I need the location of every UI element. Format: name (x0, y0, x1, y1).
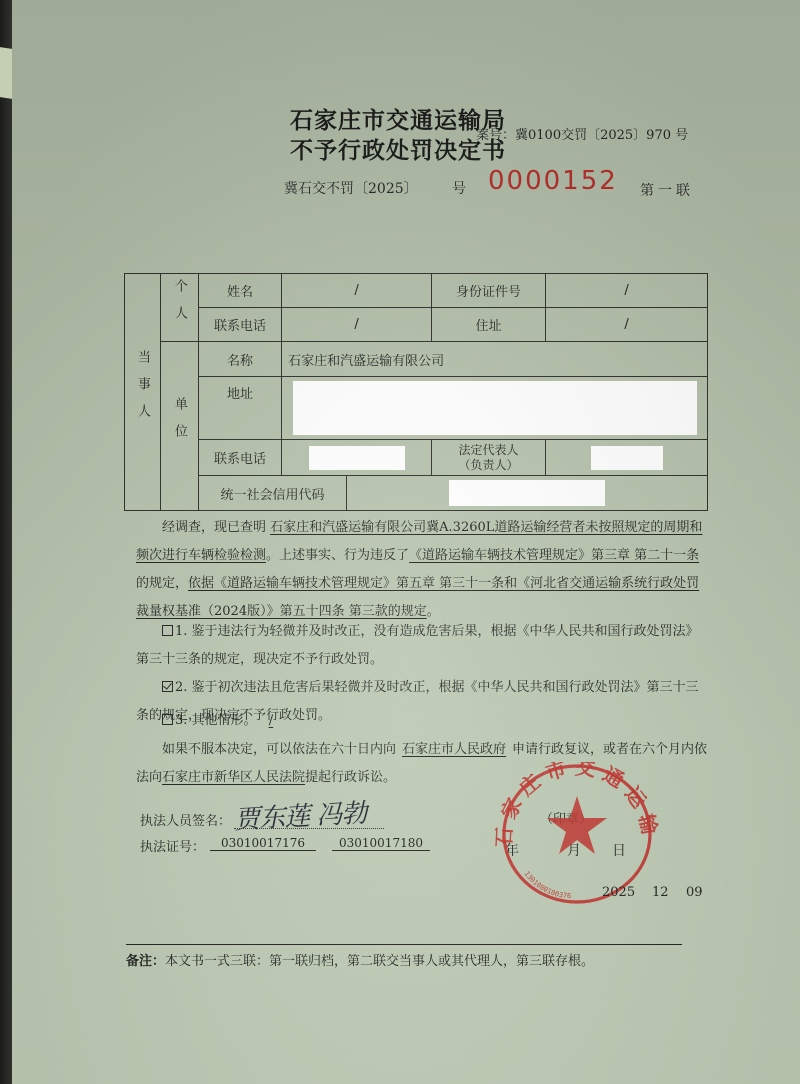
decision-option-1: 1. 鉴于违法行为轻微并及时改正，没有造成危害后果，根据《中华人民共和国行政处罚… (136, 618, 710, 674)
cert-label: 执法证号： (140, 836, 205, 855)
date-year: 2025 (602, 885, 635, 900)
decision-option-3: 3. 其他情形。 / (136, 707, 710, 735)
underlying-sheet-corner (0, 47, 12, 99)
date-day: 09 (686, 885, 703, 900)
document-number-suffix: 号 (452, 178, 466, 198)
option-1-checkbox (162, 625, 173, 636)
credit-code-label: 统一社会信用代码 (198, 476, 346, 511)
case-number: 案号：冀0100交罚〔2025〕970 号 (476, 124, 688, 143)
signature-line (234, 828, 384, 829)
individual-phone-label: 联系电话 (198, 308, 281, 342)
redacted-address (293, 381, 697, 435)
document-page: 石家庄市交通运输局 不予行政处罚决定书 案号：冀0100交罚〔2025〕970 … (12, 0, 800, 1084)
handwritten-signature: 贾东莲 冯勃 (233, 793, 367, 837)
signature-label: 执法人员签名： (140, 810, 231, 829)
entity-name-label: 名称 (198, 342, 281, 377)
footer-divider (126, 944, 682, 945)
entity-address-value (282, 377, 708, 440)
redacted-phone (309, 446, 405, 470)
official-seal-stamp: 石 家 庄 市 交 通 运 输 局 1301080100376 (492, 762, 662, 904)
violated-regulation: 《道路运输车辆技术管理规定》第三章 第二十一条 (409, 548, 699, 563)
date-month: 12 (652, 885, 669, 900)
name-value: / (282, 274, 432, 308)
legal-basis: 依据《道路运输车辆技术管理规定》第五章 第三十一条和《河北省交通运输系统行政处罚… (136, 576, 699, 619)
serial-number: 0000152 (488, 166, 618, 196)
individual-phone-value: / (282, 308, 432, 342)
redacted-credit-code (449, 480, 605, 506)
individual-label-cell: 个人 (160, 274, 198, 342)
option-3-checkbox (162, 714, 173, 725)
copy-label: 第一联 (640, 180, 694, 200)
id-label: 身份证件号 (432, 274, 546, 308)
agency-title: 石家庄市交通运输局 (290, 106, 506, 136)
appeal-court: 石家庄市新华区人民法院 (162, 770, 305, 785)
entity-name-value: 石家庄和汽盛运输有限公司 (282, 342, 708, 377)
legal-rep-value (546, 440, 708, 476)
id-value: / (546, 274, 708, 308)
footer-note: 备注：本文书一式三联：第一联归档，第二联交当事人或其代理人，第三联存根。 (126, 950, 594, 969)
document-title: 不予行政处罚决定书 (290, 136, 506, 166)
entity-address-label: 地址 (198, 377, 281, 440)
findings-paragraph: 经调查，现已查明 石家庄和汽盛运输有限公司冀A.3260L道路运输经营者未按照规… (136, 514, 710, 626)
party-info-table: 当事人 个人 姓名 / 身份证件号 / 联系电话 / 住址 / 单位 名称 石家… (124, 273, 708, 511)
entity-phone-value (282, 440, 432, 476)
individual-address-value: / (546, 308, 708, 342)
credit-code-value (347, 476, 708, 511)
party-label-cell: 当事人 (125, 274, 161, 511)
appeal-government: 石家庄市人民政府 (396, 742, 512, 757)
legal-rep-label: 法定代表人 （负责人） (432, 440, 546, 476)
entity-label-cell: 单位 (160, 342, 198, 511)
option-2-checkbox (162, 681, 173, 692)
document-number-prefix: 冀石交不罚〔2025〕 (284, 178, 418, 198)
entity-phone-label: 联系电话 (198, 440, 281, 476)
cert-number-1: 03010017176 (210, 836, 316, 851)
cert-number-2: 03010017180 (332, 836, 430, 851)
name-label: 姓名 (198, 274, 281, 308)
individual-address-label: 住址 (432, 308, 546, 342)
redacted-legal-rep (591, 446, 663, 470)
